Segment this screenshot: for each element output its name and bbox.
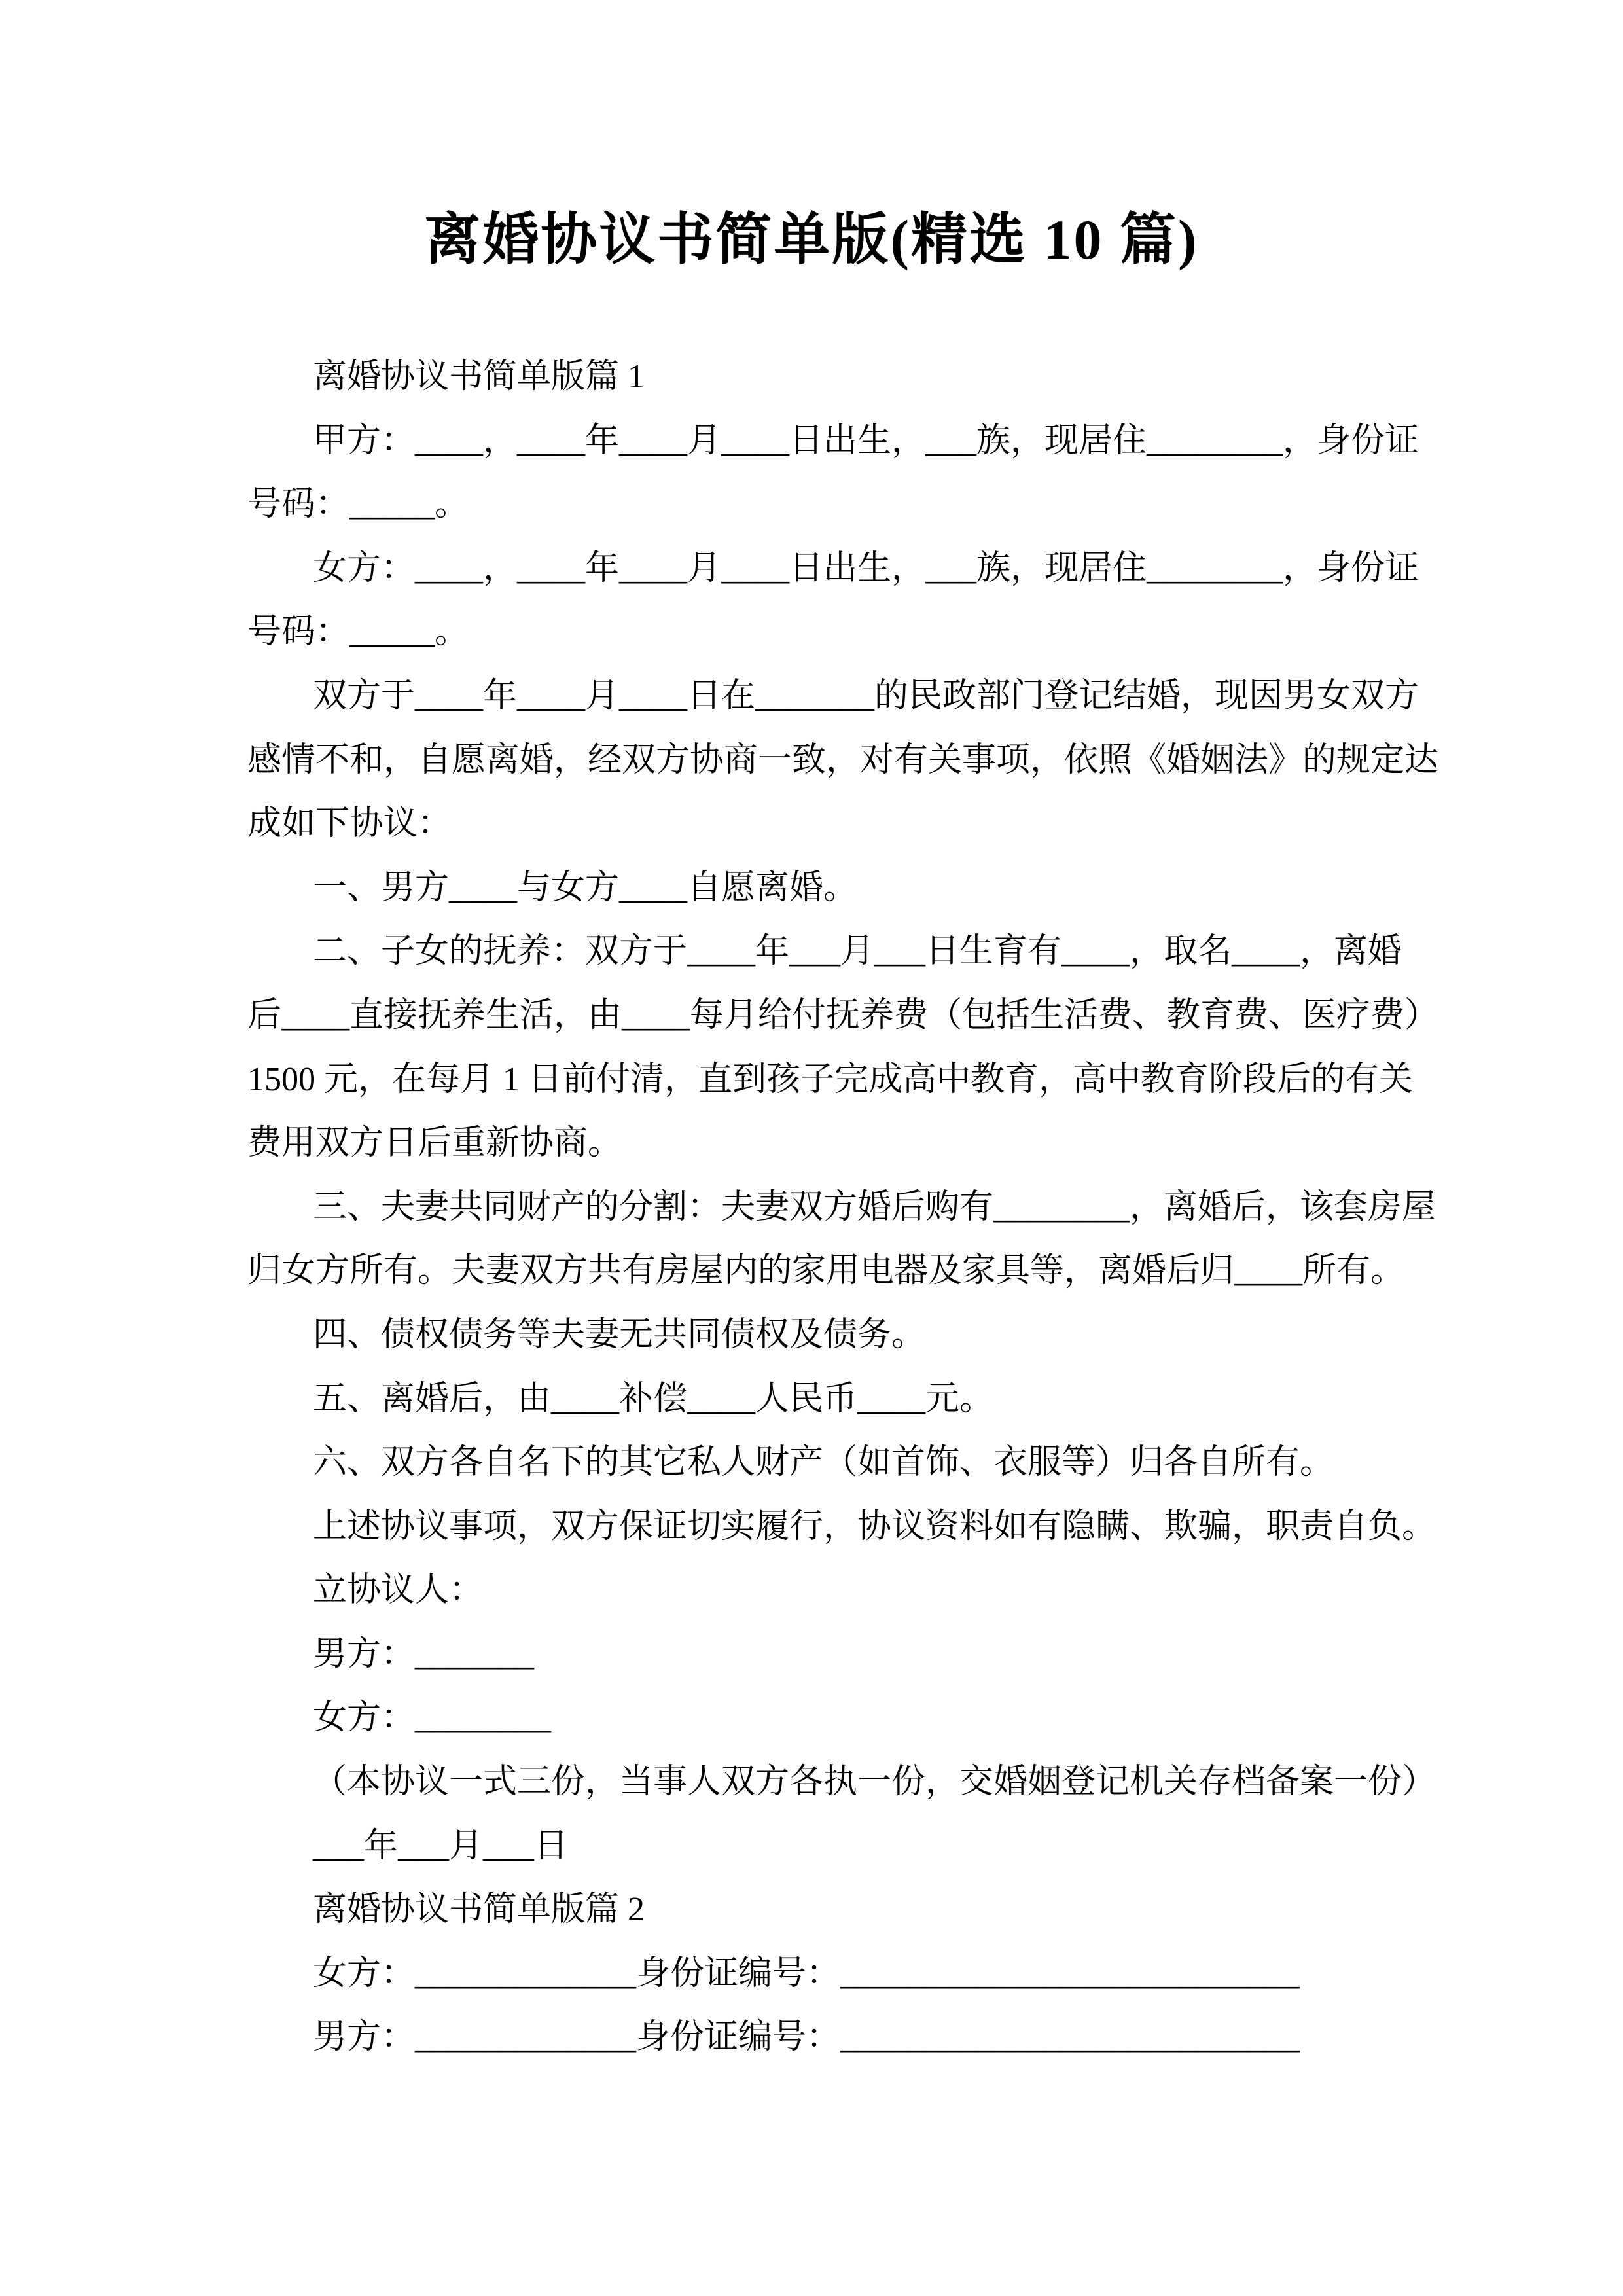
clause-6-line: 六、双方各自名下的其它私人财产（如首饰、衣服等）归各自所有。 [247,1431,1419,1495]
husband-signature-line: 男方：_______ [247,1623,1419,1687]
clause-1-line: 一、男方____与女方____自愿离婚。 [247,856,1419,920]
clause-2-cont-line-1: 后____直接抚养生活，由____每月给付抚养费（包括生活费、教育费、医疗费） [247,984,1419,1048]
date-line: ___年___月___日 [247,1814,1419,1878]
document-body: 离婚协议书简单版篇 1 甲方：____，____年____月____日出生，__… [247,345,1419,2070]
husband-id-number-line: 男方：_____________身份证编号：__________________… [247,2005,1419,2070]
wife-signature-line: 女方：________ [247,1686,1419,1750]
clause-4-line: 四、债权债务等夫妻无共同债权及债务。 [247,1303,1419,1367]
clause-2-cont-line-2: 1500 元，在每月 1 日前付清，直到孩子完成高中教育，高中教育阶段后的有关 [247,1048,1419,1112]
clause-3-cont-line: 归女方所有。夫妻双方共有房屋内的家用电器及家具等，离婚后归____所有。 [247,1239,1419,1303]
signatories-label-line: 立协议人： [247,1558,1419,1623]
agreement-intro-cont-line: 感情不和，自愿离婚，经双方协商一致，对有关事项，依照《婚姻法》的规定达 [247,728,1419,793]
document-title: 离婚协议书简单版(精选 10 篇) [0,194,1623,275]
clause-5-line: 五、离婚后，由____补偿____人民币____元。 [247,1367,1419,1431]
copies-note-line: （本协议一式三份，当事人双方各执一份，交婚姻登记机关存档备案一份） [247,1750,1419,1814]
document-page: 离婚协议书简单版(精选 10 篇) 离婚协议书简单版篇 1 甲方：____，__… [0,0,1623,2296]
party-b-id-line: 号码：_____。 [247,600,1419,664]
agreement-intro-end-line: 成如下协议： [247,792,1419,856]
clause-3-line: 三、夫妻共同财产的分割：夫妻双方婚后购有________，离婚后，该套房屋 [247,1175,1419,1240]
wife-id-number-line: 女方：_____________身份证编号：__________________… [247,1942,1419,2006]
section-1-heading: 离婚协议书简单版篇 1 [247,345,1419,409]
marriage-registration-line: 双方于____年____月____日在_______的民政部门登记结婚，现因男女… [247,664,1419,728]
section-2-heading: 离婚协议书简单版篇 2 [247,1878,1419,1942]
party-b-info-line: 女方：____，____年____月____日出生，___族，现居住______… [247,537,1419,601]
party-a-id-line: 号码：_____。 [247,473,1419,537]
clause-2-line: 二、子女的抚养：双方于____年___月___日生育有____，取名____，离… [247,920,1419,984]
party-a-info-line: 甲方：____，____年____月____日出生，___族，现居住______… [247,409,1419,473]
clause-2-cont-line-3: 费用双方日后重新协商。 [247,1111,1419,1175]
closing-statement-line: 上述协议事项，双方保证切实履行，协议资料如有隐瞒、欺骗，职责自负。 [247,1495,1419,1559]
